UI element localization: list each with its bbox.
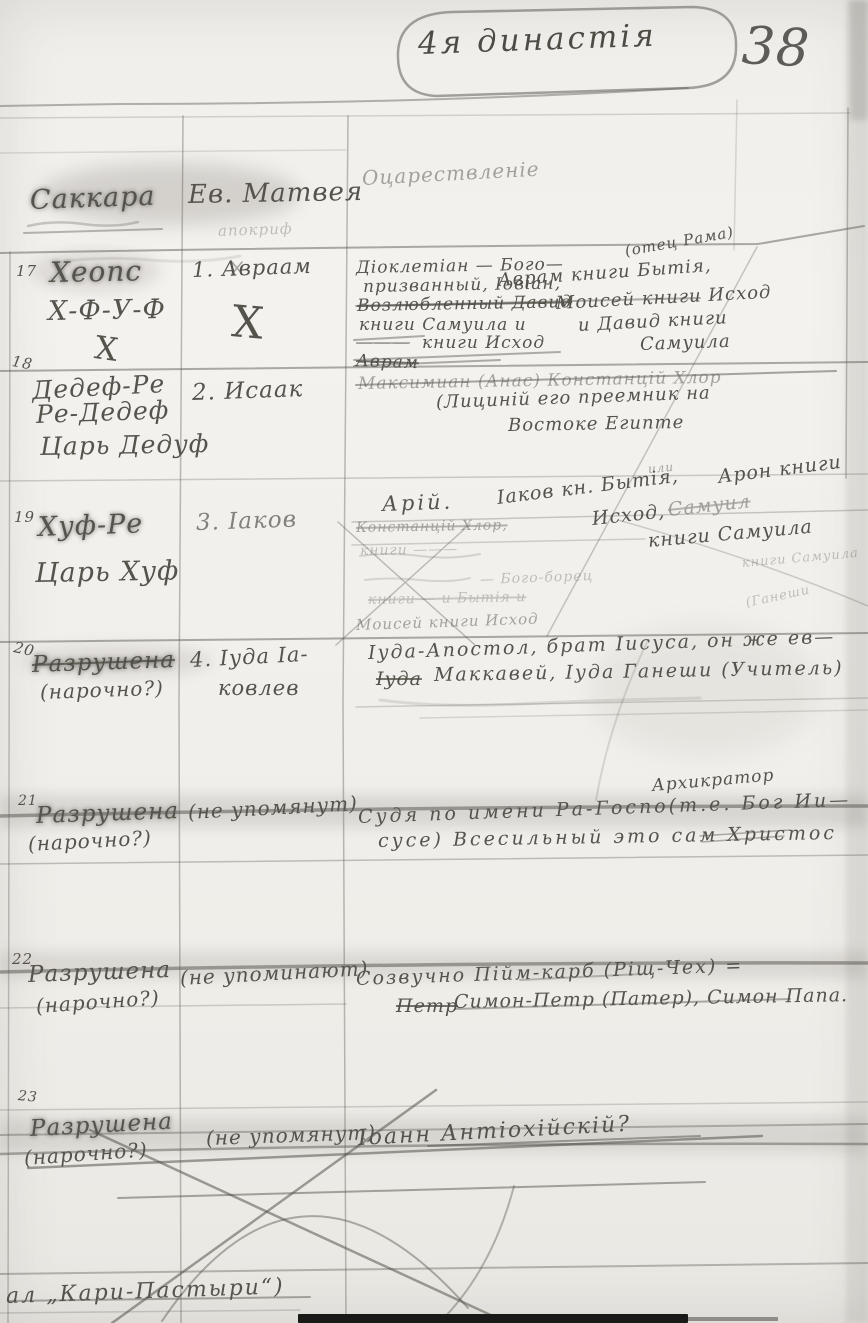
row19-identification-line2b: Арон книги: [717, 451, 843, 488]
row20-biblical-line1: 4. Іуда Іа-: [189, 642, 309, 672]
header-col-matthew: Ев. Матвея: [188, 177, 364, 210]
row17-x-mark-col2: Х: [230, 296, 267, 350]
row18-pharaoh-line3: Царь Дедуф: [40, 429, 210, 461]
row17-x-mark-col1: Х: [92, 328, 121, 369]
page-corner-shade: [850, 0, 868, 120]
row18-number: 18: [10, 352, 34, 373]
row22-destroyed-label: Разрушена: [28, 957, 172, 988]
scan-edge-bar-thin: [688, 1317, 778, 1321]
manuscript-page-scan: 4я династія 38 Саккара Ев. Матвея апокри…: [0, 0, 868, 1323]
row19-biblical-name: 3. Іаков: [196, 506, 298, 536]
row17-identification-line5b: книги Исход: [422, 333, 545, 353]
row19-identification-line3a: Исход,: [591, 500, 666, 530]
header-col-matthew-sub: апокриф: [218, 219, 293, 240]
row23-not-mentioned-struck: (не упомянут): [206, 1120, 377, 1150]
row19-crossed-line1: Констанцій Хлор,: [356, 517, 508, 536]
row19-crossed-line3: — Бого-борец: [480, 568, 594, 588]
row19-crossed-line5: Моисей книги Исход: [356, 610, 539, 634]
page-edge-shade: [846, 0, 868, 1323]
row19-right-faint-note: книги Самуила: [741, 546, 859, 571]
row20-identification-line2b: Маккавей, Іуда Ганеши (Учитель): [434, 657, 844, 686]
row19-identification-line3b-struck: Самуил: [667, 490, 752, 521]
row19-pharaoh-line2: Царь Хуф: [35, 555, 180, 589]
row22-not-mentioned: (не упоминают): [179, 956, 369, 990]
row23-destroyed-label-struck: Разрушена: [29, 1109, 173, 1142]
row17-pharaoh-translit: Х-Ф-У-Ф: [48, 294, 166, 327]
row19-identification-arius: Арій.: [382, 490, 454, 516]
page-title: 4я династія: [417, 18, 657, 62]
row19-identification-line4: книги Самуила: [647, 516, 814, 552]
row23-identification-struck: Іоанн Антіохійскій?: [357, 1112, 631, 1151]
row19-crossed-line2: книги ———: [360, 541, 458, 559]
row19-or-note: или: [647, 460, 674, 476]
row20-deliberate-note: (нарочно?): [40, 676, 165, 704]
row22-identification-line2a-struck: Петр: [396, 995, 458, 1017]
row17-pharaoh-name: Хеопс: [50, 254, 143, 289]
row17-identification-line5-struck: ———: [356, 333, 410, 353]
row17-margin-note: (отец Рама): [623, 223, 735, 260]
row22-deliberate-note: (нарочно?): [35, 985, 160, 1018]
row20-destroyed-label: Разрушена: [32, 647, 176, 678]
row17-right-line2: Моисей книги Исход: [555, 282, 772, 314]
row19-crossed-line4: книги — и Бытія и: [368, 589, 527, 608]
page-number: 38: [740, 16, 811, 79]
row21-not-mentioned: (не упомянут): [187, 791, 358, 824]
row21-deliberate-note: (нарочно?): [27, 826, 152, 856]
row22-identification-line2b: Симон-Петр (Патер), Симон Папа.: [454, 984, 849, 1013]
row17-number: 17: [16, 262, 37, 280]
row19-number: 19: [14, 508, 35, 526]
row18-identification-line3: Востоке Египте: [508, 412, 685, 436]
row20-margin-note: (Ганеши: [744, 583, 811, 611]
row22-identification-line1: Созвучно Пійм-карб (Ріщ-Чех) =: [356, 954, 744, 990]
scan-edge-bar: [298, 1314, 688, 1323]
row23-deliberate-note-struck: (нарочно?): [23, 1137, 148, 1170]
row21-destroyed-label: Разрушена: [36, 798, 180, 829]
row19-pharaoh-line1: Хуф-Ре: [37, 508, 143, 543]
row21-identification-line2: сусе) Всесильный это сам Христос: [378, 822, 837, 852]
row18-biblical-name: 2. Исаак: [192, 376, 304, 406]
footer-fragment: ал „Кари-Пастыри“): [6, 1274, 286, 1309]
row17-identification-line6-struck: Аврам: [356, 351, 420, 373]
row20-identification-line2a-struck: Іуда: [376, 668, 422, 690]
row23-number: 23: [17, 1088, 38, 1106]
header-col-enthronement: Оцарествленіе: [361, 157, 540, 190]
header-col-sakkara: Саккара: [29, 181, 155, 216]
row17-identification-line3-struck: Возлюбленный Давид: [357, 292, 573, 316]
row17-biblical-name: 1. Авраам: [192, 254, 312, 282]
row17-right-line4: Самуила: [640, 331, 731, 355]
row18-pharaoh-line2: Ре-Дедеф: [35, 395, 169, 429]
row20-biblical-line2: ковлев: [218, 676, 299, 700]
row17-identification-line4: книги Самуила и: [359, 315, 527, 335]
